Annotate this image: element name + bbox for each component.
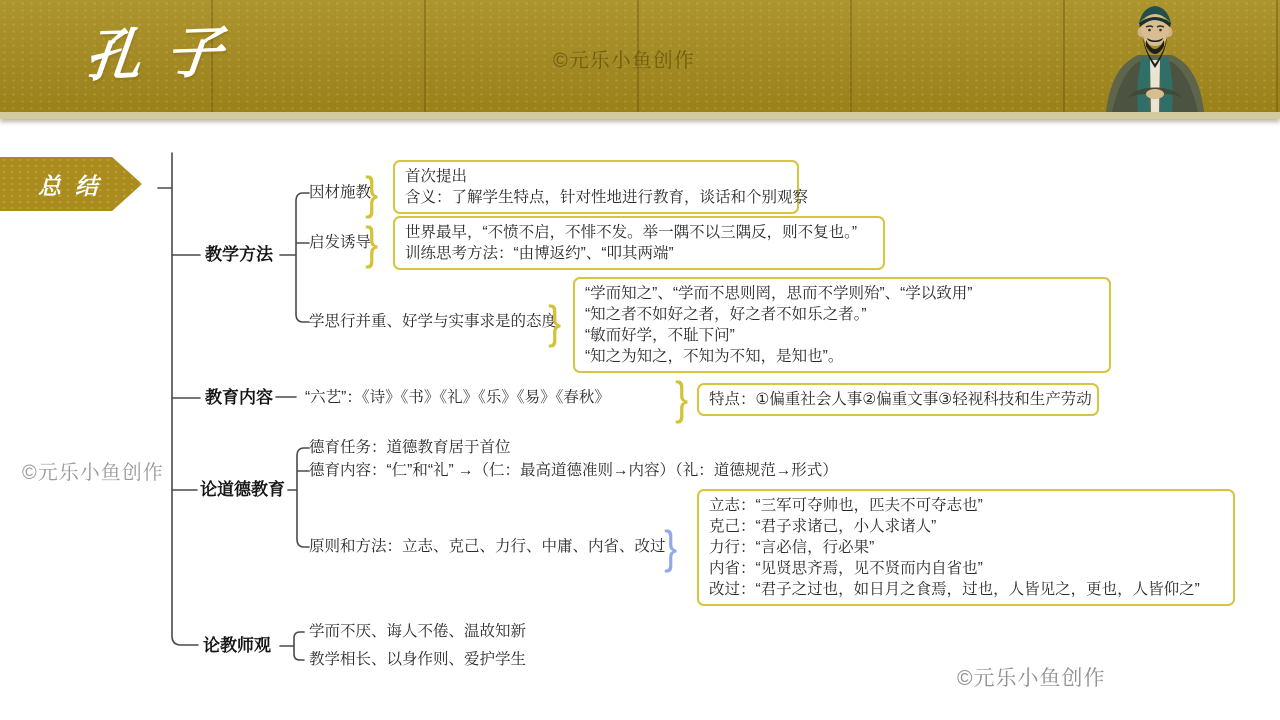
box-line: “知之为知之，不知为不知，是知也”。 xyxy=(585,346,1099,367)
box-line: 含义：了解学生特点，针对性地进行教育，谈话和个别观察 xyxy=(405,187,787,208)
branch-moral-education: 论道德教育 xyxy=(200,479,285,501)
header-banner: 孔子 ©元乐小鱼创作 xyxy=(0,0,1280,119)
detail-box-aptitude: 首次提出 含义：了解学生特点，针对性地进行教育，谈话和个别观察 xyxy=(393,160,799,214)
root-node: 总结 xyxy=(0,157,142,211)
node-learning-attitude: 学思行并重、好学与实事求是的态度 xyxy=(309,312,557,332)
box-line: 训练思考方法：“由博返约”、“叩其两端” xyxy=(405,243,873,264)
node-six-arts: “六艺”：《诗》《书》《礼》《乐》《易》《春秋》 xyxy=(305,388,610,408)
branch-education-content: 教育内容 xyxy=(205,387,273,409)
node-teach-by-aptitude: 因材施教 xyxy=(309,183,371,203)
box-line: 立志：“三军可夺帅也，匹夫不可夺志也” xyxy=(709,495,1223,516)
detail-box-heuristic: 世界最早，“不愤不启，不悱不发。举一隅不以三隅反，则不复也。” 训练思考方法：“… xyxy=(393,216,885,270)
box-line: 世界最早，“不愤不启，不悱不发。举一隅不以三隅反，则不复也。” xyxy=(405,222,873,243)
bracket-teaching xyxy=(280,193,309,322)
node-moral-content: 德育内容：“仁”和“礼” →（仁：最高道德准则→内容）（礼：道德规范→形式） xyxy=(309,461,838,481)
box-line: 内省：“见贤思齐焉，见不贤而内自省也” xyxy=(709,558,1223,579)
box-line: 改过：“君子之过也，如日月之食焉，过也，人皆见之，更也，人皆仰之” xyxy=(709,579,1223,600)
node-teacher-virtues-1: 学而不厌、诲人不倦、温故知新 xyxy=(309,622,526,642)
box-line: 力行：“言必信，行必果” xyxy=(709,537,1223,558)
detail-box-attitude: “学而知之”、“学而不思则罔，思而不学则殆”、“学以致用” “知之者不如好之者，… xyxy=(573,277,1111,373)
box-line: 首次提出 xyxy=(405,166,787,187)
node-moral-task: 德育任务：道德教育居于首位 xyxy=(309,438,511,458)
bottom-watermark: ©元乐小鱼创作 xyxy=(957,662,1105,692)
bracket-moral xyxy=(288,448,309,547)
box-line: 特点：①偏重社会人事②偏重文事③轻视科技和生产劳动 xyxy=(709,389,1087,410)
node-moral-principles: 原则和方法：立志、克己、力行、中庸、内省、改过 xyxy=(309,537,666,557)
detail-box-principles: 立志：“三军可夺帅也，匹夫不可夺志也” 克己：“君子求诸己，小人求诸人” 力行：… xyxy=(697,489,1235,606)
gold-brace-icon: } xyxy=(365,221,378,265)
branch-teaching-methods: 教学方法 xyxy=(205,244,273,266)
root-node-label: 总结 xyxy=(38,168,112,201)
detail-box-content-features: 特点：①偏重社会人事②偏重文事③轻视科技和生产劳动 xyxy=(697,383,1099,416)
page-title: 孔子 xyxy=(81,7,250,93)
node-teacher-virtues-2: 教学相长、以身作则、爱护学生 xyxy=(309,650,526,670)
gold-brace-icon: } xyxy=(548,300,561,344)
box-line: “知之者不如好之者，好之者不如乐之者。” xyxy=(585,304,1099,325)
branch-teacher-view: 论教师观 xyxy=(203,635,271,657)
gold-brace-icon: } xyxy=(675,376,688,420)
bracket-teacher xyxy=(280,632,304,660)
box-line: “敏而好学，不耻下问” xyxy=(585,325,1099,346)
confucius-portrait-icon xyxy=(1098,2,1212,112)
node-heuristic-guidance: 启发诱导 xyxy=(309,233,371,253)
trunk-line xyxy=(172,153,198,645)
banner-watermark: ©元乐小鱼创作 xyxy=(553,44,695,73)
left-watermark: ©元乐小鱼创作 xyxy=(22,456,164,485)
blue-brace-icon: } xyxy=(664,525,677,569)
gold-brace-icon: } xyxy=(365,171,378,215)
box-line: “学而知之”、“学而不思则罔，思而不学则殆”、“学以致用” xyxy=(585,283,1099,304)
box-line: 克己：“君子求诸己，小人求诸人” xyxy=(709,516,1223,537)
